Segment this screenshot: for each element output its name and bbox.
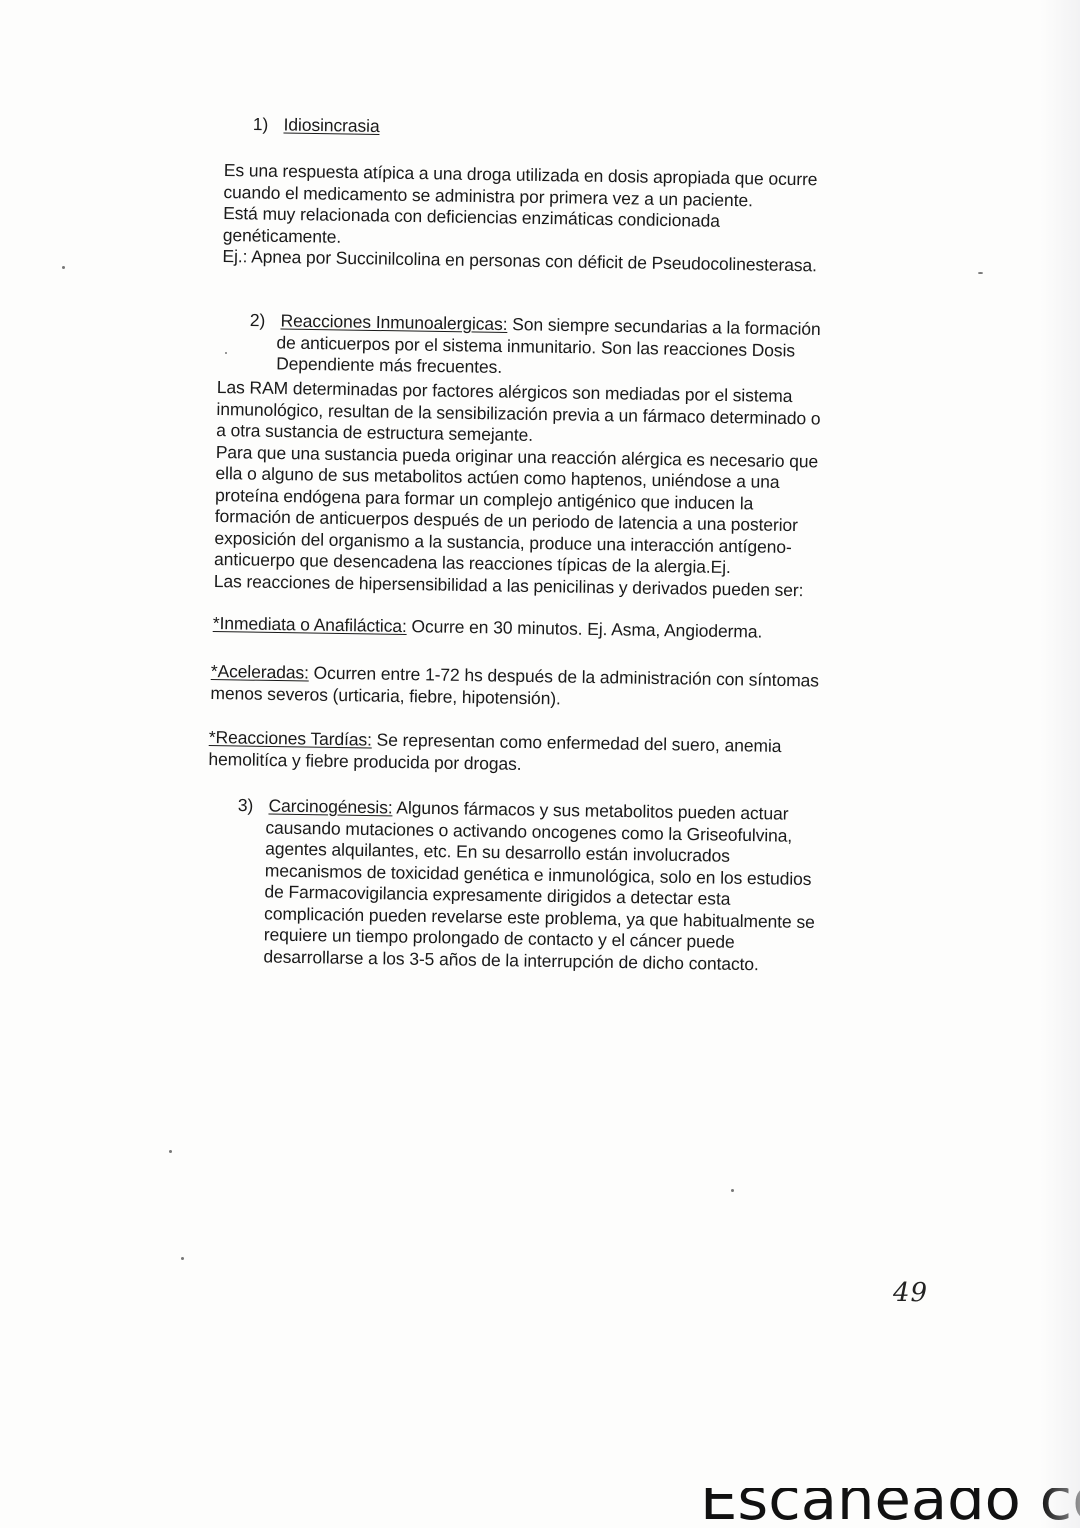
page-edge-shadow xyxy=(1040,0,1080,1528)
subtype-label: *Reacciones Tardías: xyxy=(209,727,372,750)
handwritten-page-number: 49 xyxy=(893,1278,928,1308)
section-2-heading: Reacciones Inmunoalergicas: xyxy=(280,310,507,334)
section-3-block: 3) Carcinogénesis: Algunos fármacos y su… xyxy=(235,795,816,976)
text-line: Ocurre en 30 minutos. Ej. Asma, Angioder… xyxy=(407,616,763,642)
section-1-body: Es una respuesta atípica a una droga uti… xyxy=(222,160,818,277)
scan-speck xyxy=(169,1150,172,1153)
section-1-number: 1) xyxy=(253,114,279,136)
subtype-label: *Inmediata o Anafiláctica: xyxy=(213,613,407,636)
section-2-heading-block: 2) Reacciones Inmunoalergicas: Son siemp… xyxy=(249,310,821,383)
section-3-number: 3) xyxy=(238,795,264,817)
scanned-page: 1) Idiosincrasia Es una respuesta atípic… xyxy=(0,0,1080,1528)
section-1-heading-block: 1) Idiosincrasia xyxy=(253,114,380,137)
section-2-body: Las RAM determinadas por factores alérgi… xyxy=(214,377,821,601)
subtype-aceleradas: *Aceleradas: Ocurren entre 1-72 hs despu… xyxy=(210,661,819,714)
scan-speck xyxy=(731,1189,734,1192)
section-3-heading: Carcinogénesis: xyxy=(268,795,392,817)
subtype-label: *Aceleradas: xyxy=(211,661,309,683)
subtype-inmediata: *Inmediata o Anafiláctica: Ocurre en 30 … xyxy=(213,613,763,643)
scanner-watermark: Escaneado con Cam xyxy=(700,1470,1080,1528)
scan-speck xyxy=(225,352,227,354)
section-1-heading: Idiosincrasia xyxy=(283,114,379,136)
section-2-first-line: Son siempre secundarias a la formación xyxy=(507,314,820,339)
subtype-tardias: *Reacciones Tardías: Se representan como… xyxy=(208,727,781,779)
section-2-number: 2) xyxy=(250,310,276,332)
scan-speck xyxy=(978,272,983,274)
scan-speck xyxy=(181,1257,184,1260)
scan-speck xyxy=(62,266,65,269)
